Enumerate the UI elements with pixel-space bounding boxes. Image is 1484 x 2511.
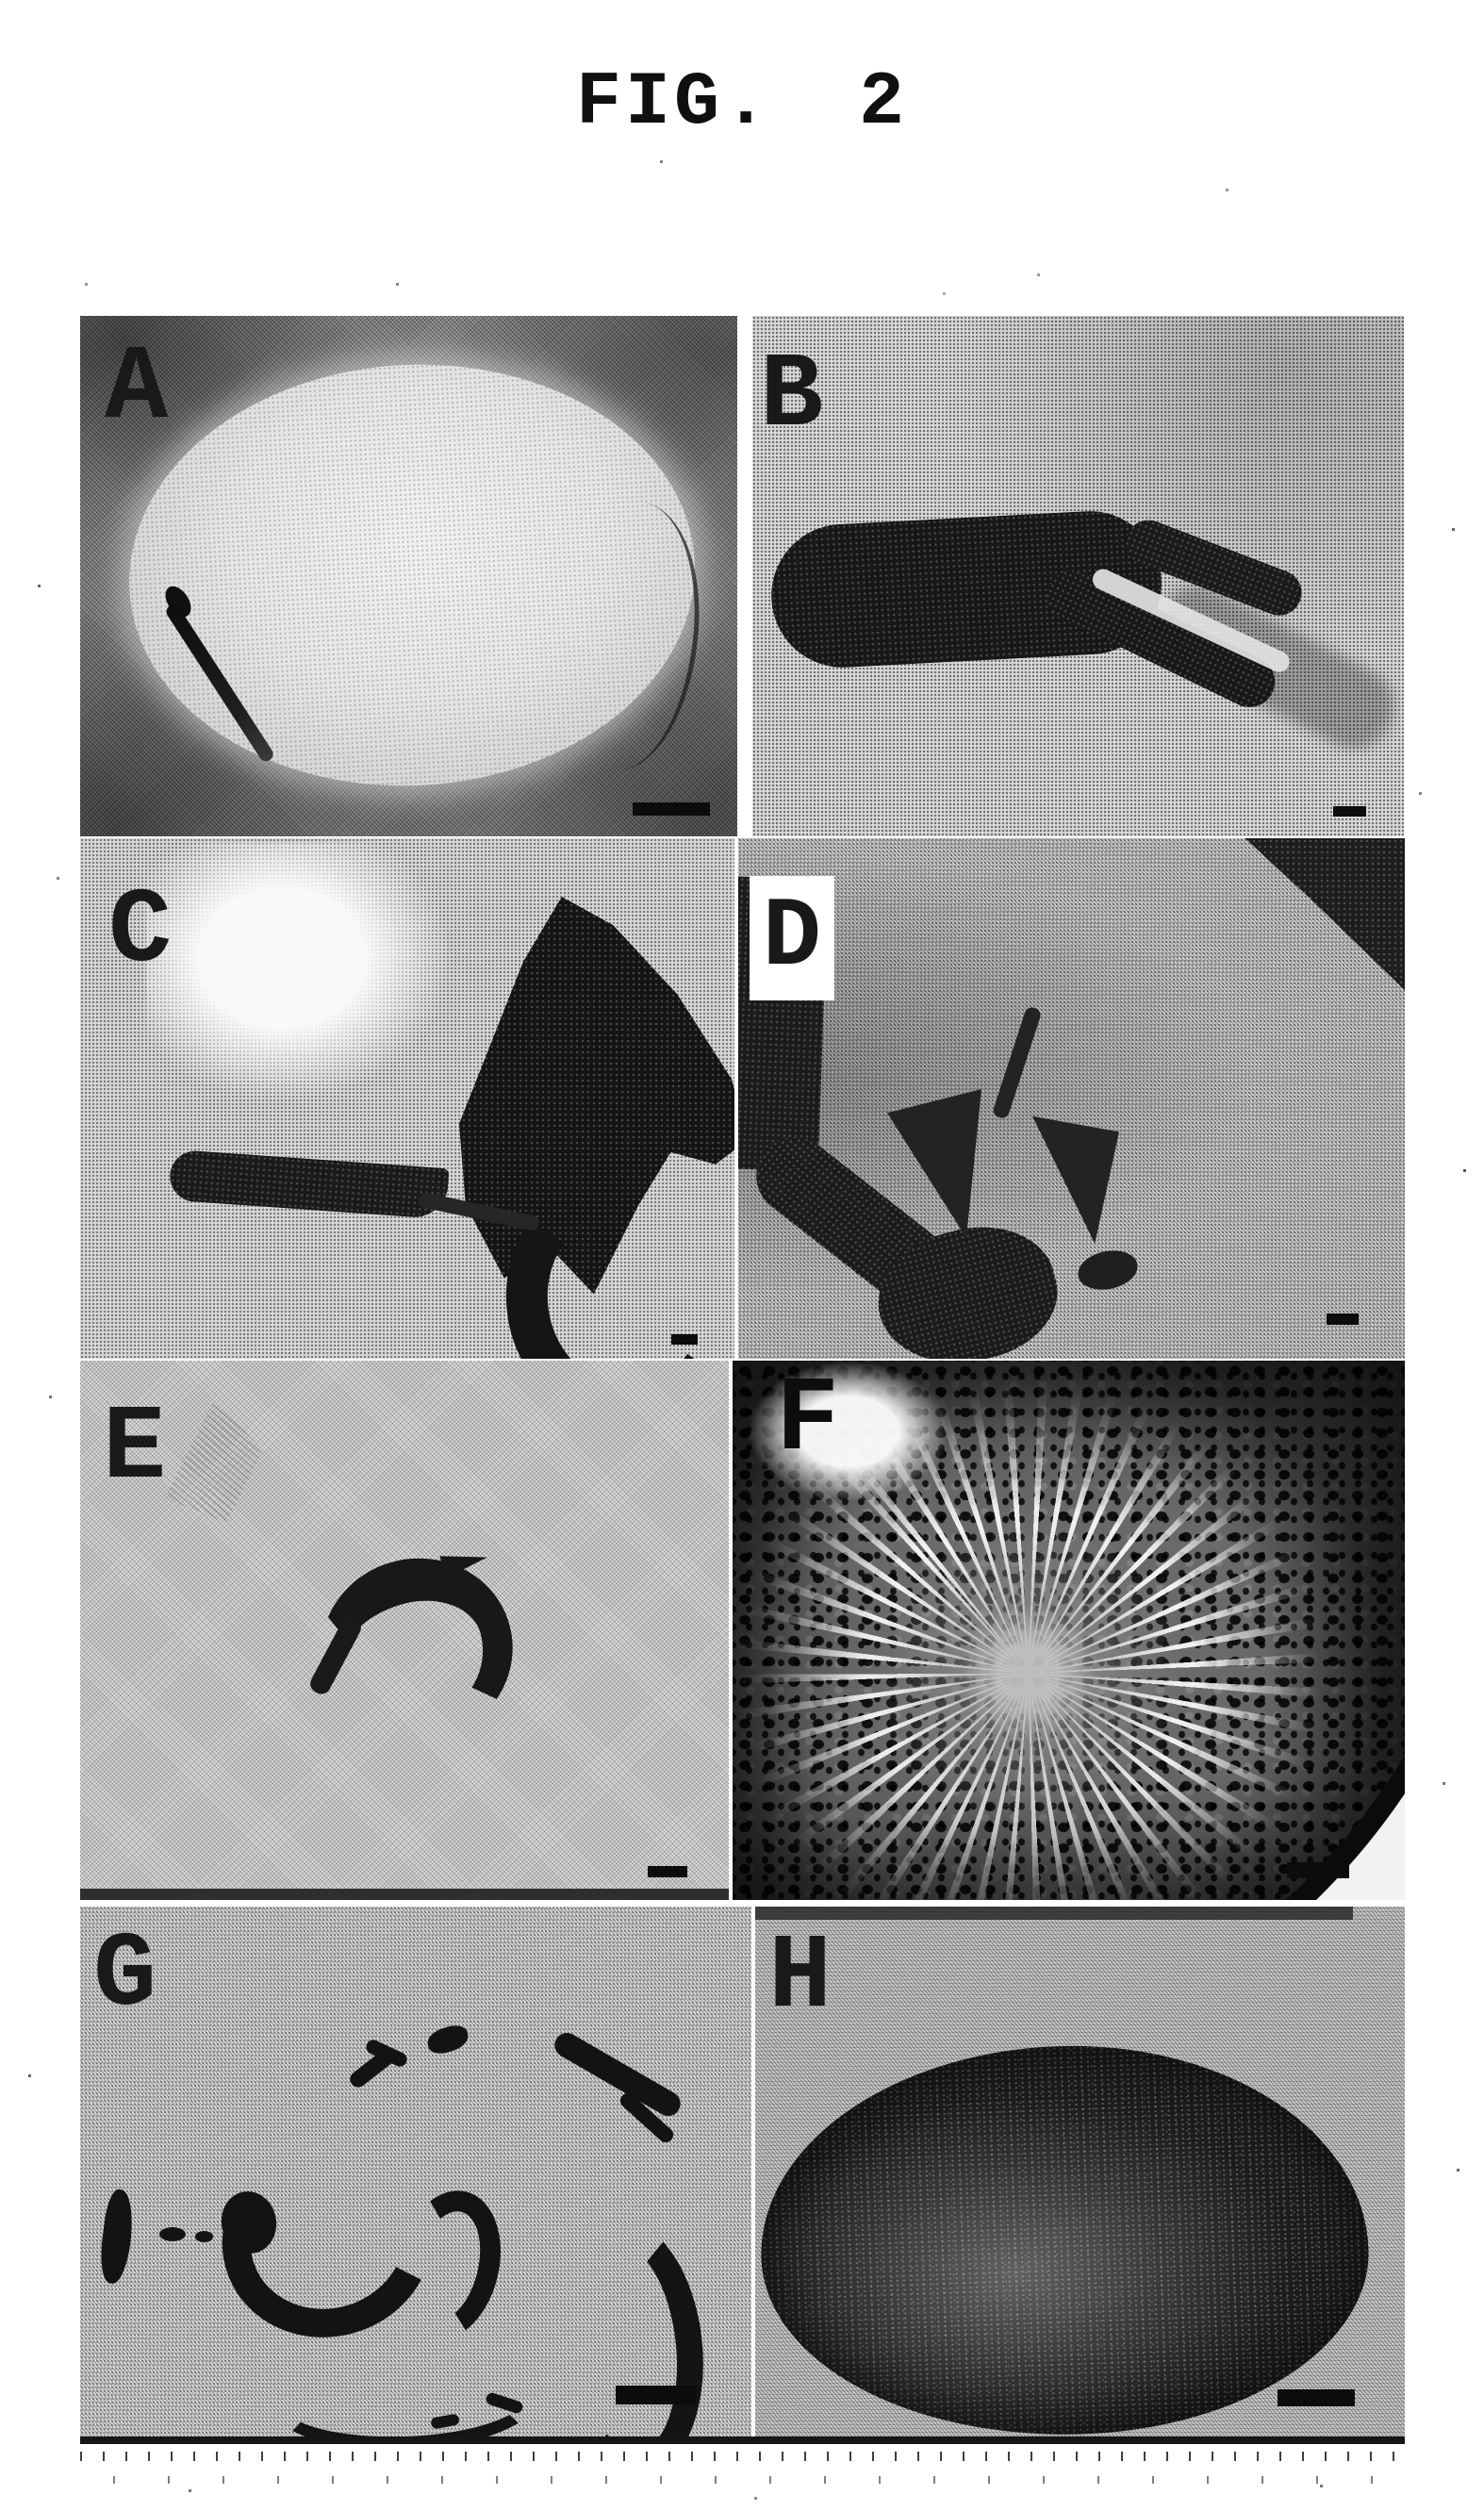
panel-D-label-box: D (750, 876, 834, 1000)
arrow-marker-icon (1032, 1114, 1119, 1244)
tissue-fragment (424, 2023, 470, 2057)
tissue-fragment-curved (538, 2210, 716, 2440)
hook-shaped-fragment (316, 1554, 495, 1705)
tissue-fragment (551, 2028, 685, 2121)
scan-noise-dashes (80, 2452, 1405, 2461)
scan-noise-dots (0, 0, 3, 3)
detached-tissue-strip (168, 1149, 449, 1219)
panel-F: F (733, 1361, 1405, 1900)
panel-D: D (738, 838, 1405, 1359)
panel-B-label: B (760, 352, 823, 441)
scan-noise-dashes (113, 2476, 1377, 2484)
panel-A: A (80, 316, 737, 836)
panel-E-label: E (103, 1404, 166, 1494)
figure-bottom-border (80, 2437, 1405, 2444)
patent-drawing-page: FIG. 2 A B C D (0, 0, 1484, 2511)
scale-bar (671, 1334, 698, 1345)
corner-tissue-wedge (1189, 838, 1405, 1038)
panel-A-label: A (105, 344, 168, 434)
panel-F-label: F (776, 1376, 839, 1465)
panel-E: E (80, 1361, 729, 1900)
scale-bar (616, 2386, 697, 2404)
tissue-fragment-curved (267, 2343, 542, 2440)
scale-bar (1287, 1862, 1349, 1878)
whole-gonad-oval (755, 2036, 1375, 2440)
panel-top-edge (755, 1907, 1353, 1920)
tissue-fragment (97, 2189, 137, 2286)
panel-H: H (755, 1907, 1405, 2440)
small-tissue-fragment (1075, 1246, 1142, 1295)
panel-C: C (80, 838, 734, 1359)
scale-bar (648, 1866, 687, 1877)
scale-bar (633, 802, 710, 816)
scale-bar (1333, 806, 1366, 817)
figure-title: FIG. 2 (0, 60, 1484, 146)
panel-H-label: H (768, 1933, 832, 2023)
scale-bar (1278, 2389, 1355, 2406)
tissue-fragment (195, 2231, 213, 2242)
panel-D-label: D (763, 897, 821, 980)
bright-highlight (146, 843, 448, 1098)
arrow-marker-shaft (992, 1005, 1043, 1119)
panel-B: B (752, 316, 1404, 836)
panel-G: G (80, 1907, 751, 2440)
panel-G-label: G (93, 1931, 157, 2021)
tissue-fragment (159, 2227, 186, 2241)
scale-bar (1327, 1313, 1359, 1325)
panel-bottom-edge (80, 1889, 729, 1900)
panel-C-label: C (108, 887, 172, 977)
